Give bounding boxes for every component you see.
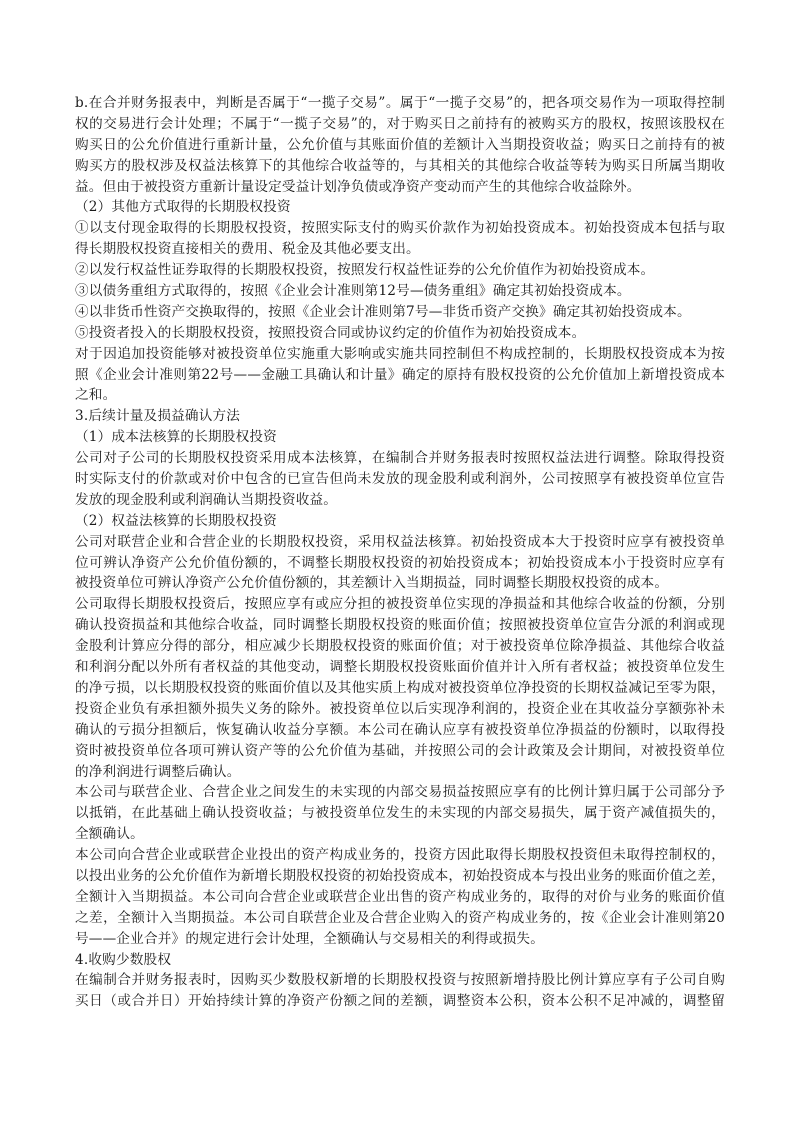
text-line: 得长期股权投资直接相关的费用、税金及其他必要支出。 [75,239,725,260]
text-line: 3.后续计量及损益确认方法 [75,406,725,427]
text-line: 和利润分配以外所有者权益的其他变动，调整长期股权投资账面价值并计入所有者权益；被… [75,657,725,678]
text-line: 资时被投资单位各项可辨认资产等的公允价值为基础，并按照公司的会计政策及会计期间，… [75,741,725,762]
text-line: 购买日的公允价值进行重新计量，公允价值与其账面价值的差额计入当期投资收益；购买日… [75,135,725,156]
text-line: ①以支付现金取得的长期股权投资，按照实际支付的购买价款作为初始投资成本。初始投资… [75,218,725,239]
text-line: 本公司与联营企业、合营企业之间发生的未实现的内部交易损益按照应享有的比例计算归属… [75,782,725,803]
text-line: ②以发行权益性证券取得的长期股权投资，按照发行权益性证券的公允价值作为初始投资成… [75,260,725,281]
text-line: 全额确认。 [75,824,725,845]
text-line: ④以非货币性资产交换取得的，按照《企业会计准则第7号—非货币资产交换》确定其初始… [75,302,725,323]
text-line: 公司对子公司的长期股权投资采用成本法核算，在编制合并财务报表时按照权益法进行调整… [75,448,725,469]
text-line: 益。但由于被投资方重新计量设定受益计划净负债或净资产变动而产生的其他综合收益除外… [75,177,725,198]
text-line: 金股利计算应分得的部分，相应减少长期股权投资的账面价值；对于被投资单位除净损益、… [75,636,725,657]
text-line: 号——企业合并》的规定进行会计处理，全额确认与交易相关的利得或损失。 [75,929,725,950]
text-line: 照《企业会计准则第22号——金融工具确认和计量》确定的原持有股权投资的公允价值加… [75,365,725,386]
text-line: 4.收购少数股权 [75,950,725,971]
text-line: 的净利润进行调整后确认。 [75,762,725,783]
text-line: ⑤投资者投入的长期股权投资，按照投资合同或协议约定的价值作为初始投资成本。 [75,323,725,344]
text-line: 权的交易进行会计处理；不属于“一揽子交易”的，对于购买日之前持有的被购买方的股权… [75,114,725,135]
text-line: 时实际支付的价款或对价中包含的已宣告但尚未发放的现金股利或利润外，公司按照享有被… [75,469,725,490]
text-line: 的净亏损，以长期股权投资的账面价值以及其他实质上构成对被投资单位净投资的长期权益… [75,678,725,699]
text-line: 投资企业负有承担额外损失义务的除外。被投资单位以后实现净利润的，投资企业在其收益… [75,699,725,720]
text-line: 被投资单位可辨认净资产公允价值份额的，其差额计入当期损益，同时调整长期股权投资的… [75,573,725,594]
text-line: 确认的亏损分担额后，恢复确认收益分享额。本公司在确认应享有被投资单位净损益的份额… [75,720,725,741]
text-line: 全额计入当期损益。本公司向合营企业或联营企业出售的资产构成业务的，取得的对价与业… [75,887,725,908]
text-line: 之差，全额计入当期损益。本公司自联营企业及合营企业购入的资产构成业务的，按《企业… [75,908,725,929]
text-line: 对于因追加投资能够对被投资单位实施重大影响或实施共同控制但不构成控制的，长期股权… [75,344,725,365]
text-line: 之和。 [75,385,725,406]
text-line: （2）权益法核算的长期股权投资 [75,511,725,532]
text-line: 发放的现金股利或利润确认当期投资收益。 [75,490,725,511]
text-line: （1）成本法核算的长期股权投资 [75,427,725,448]
text-line: ③以债务重组方式取得的，按照《企业会计准则第12号—债务重组》确定其初始投资成本… [75,281,725,302]
text-line: 位可辨认净资产公允价值份额的，不调整长期股权投资的初始投资成本；初始投资成本小于… [75,553,725,574]
text-line: 确认投资损益和其他综合收益，同时调整长期股权投资的账面价值；按照被投资单位宣告分… [75,615,725,636]
text-line: 在编制合并财务报表时，因购买少数股权新增的长期股权投资与按照新增持股比例计算应享… [75,970,725,991]
text-line: b.在合并财务报表中，判断是否属于“一揽子交易”。属于“一揽子交易”的，把各项交… [75,93,725,114]
text-line: 买日（或合并日）开始持续计算的净资产份额之间的差额，调整资本公积，资本公积不足冲… [75,991,725,1012]
text-line: 以投出业务的公允价值作为新增长期股权投资的初始投资成本，初始投资成本与投出业务的… [75,866,725,887]
text-line: 本公司向合营企业或联营企业投出的资产构成业务的，投资方因此取得长期股权投资但未取… [75,845,725,866]
text-line: 公司取得长期股权投资后，按照应享有或应分担的被投资单位实现的净损益和其他综合收益… [75,594,725,615]
text-line: 以抵销，在此基础上确认投资收益；与被投资单位发生的未实现的内部交易损失，属于资产… [75,803,725,824]
text-line: 购买方的股权涉及权益法核算下的其他综合收益等的，与其相关的其他综合收益等转为购买… [75,156,725,177]
text-line: （2）其他方式取得的长期股权投资 [75,197,725,218]
text-line: 公司对联营企业和合营企业的长期股权投资，采用权益法核算。初始投资成本大于投资时应… [75,532,725,553]
document-page: b.在合并财务报表中，判断是否属于“一揽子交易”。属于“一揽子交易”的，把各项交… [75,93,725,1012]
